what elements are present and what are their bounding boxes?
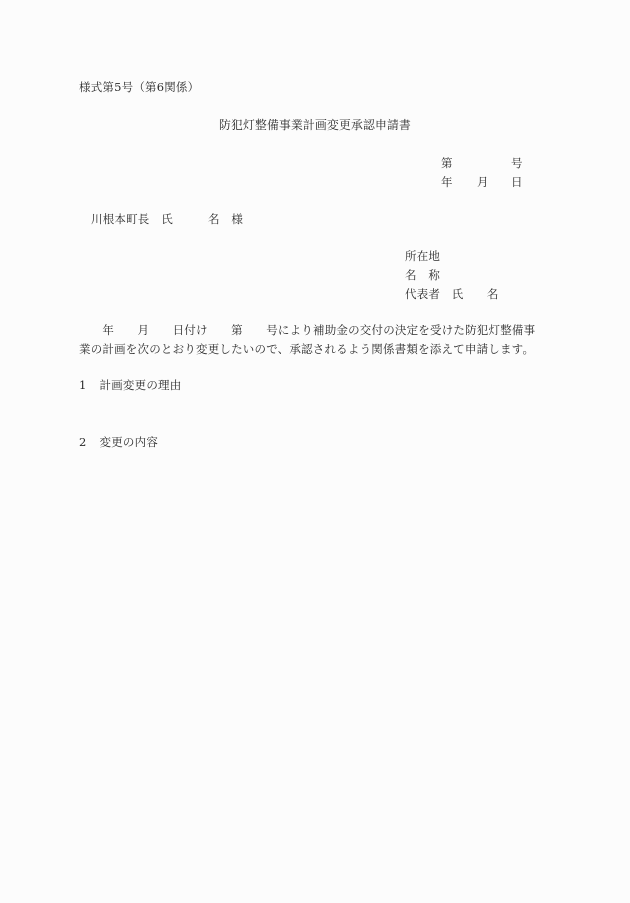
date-month-label: 月 (477, 174, 489, 190)
section-label: 変更の内容 (100, 435, 159, 449)
applicant-address-label: 所在地 (405, 248, 440, 264)
document-number-prefix: 第 (441, 155, 453, 171)
form-number: 様式第5号（第6関係） (79, 79, 199, 95)
addressee: 川根本町長 氏 名 様 (91, 211, 243, 227)
body-text-line-2: 業の計画を次のとおり変更したいので、承認されるよう関係書類を添えて申請します。 (79, 341, 534, 357)
section-change-reason: 1計画変更の理由 (79, 377, 181, 393)
date-year-label: 年 (441, 174, 453, 190)
section-label: 計画変更の理由 (100, 378, 182, 392)
section-number: 2 (79, 435, 87, 449)
body-text-line-1: 年 月 日付け 第 号により補助金の交付の決定を受けた防犯灯整備事 (79, 322, 535, 338)
document-title: 防犯灯整備事業計画変更承認申請書 (219, 117, 411, 133)
document-number-suffix: 号 (511, 155, 523, 171)
section-number: 1 (79, 378, 87, 392)
date-day-label: 日 (511, 174, 523, 190)
applicant-name-label: 名 称 (405, 267, 440, 283)
applicant-representative-label: 代表者 氏 名 (405, 286, 499, 302)
section-change-content: 2変更の内容 (79, 434, 158, 450)
